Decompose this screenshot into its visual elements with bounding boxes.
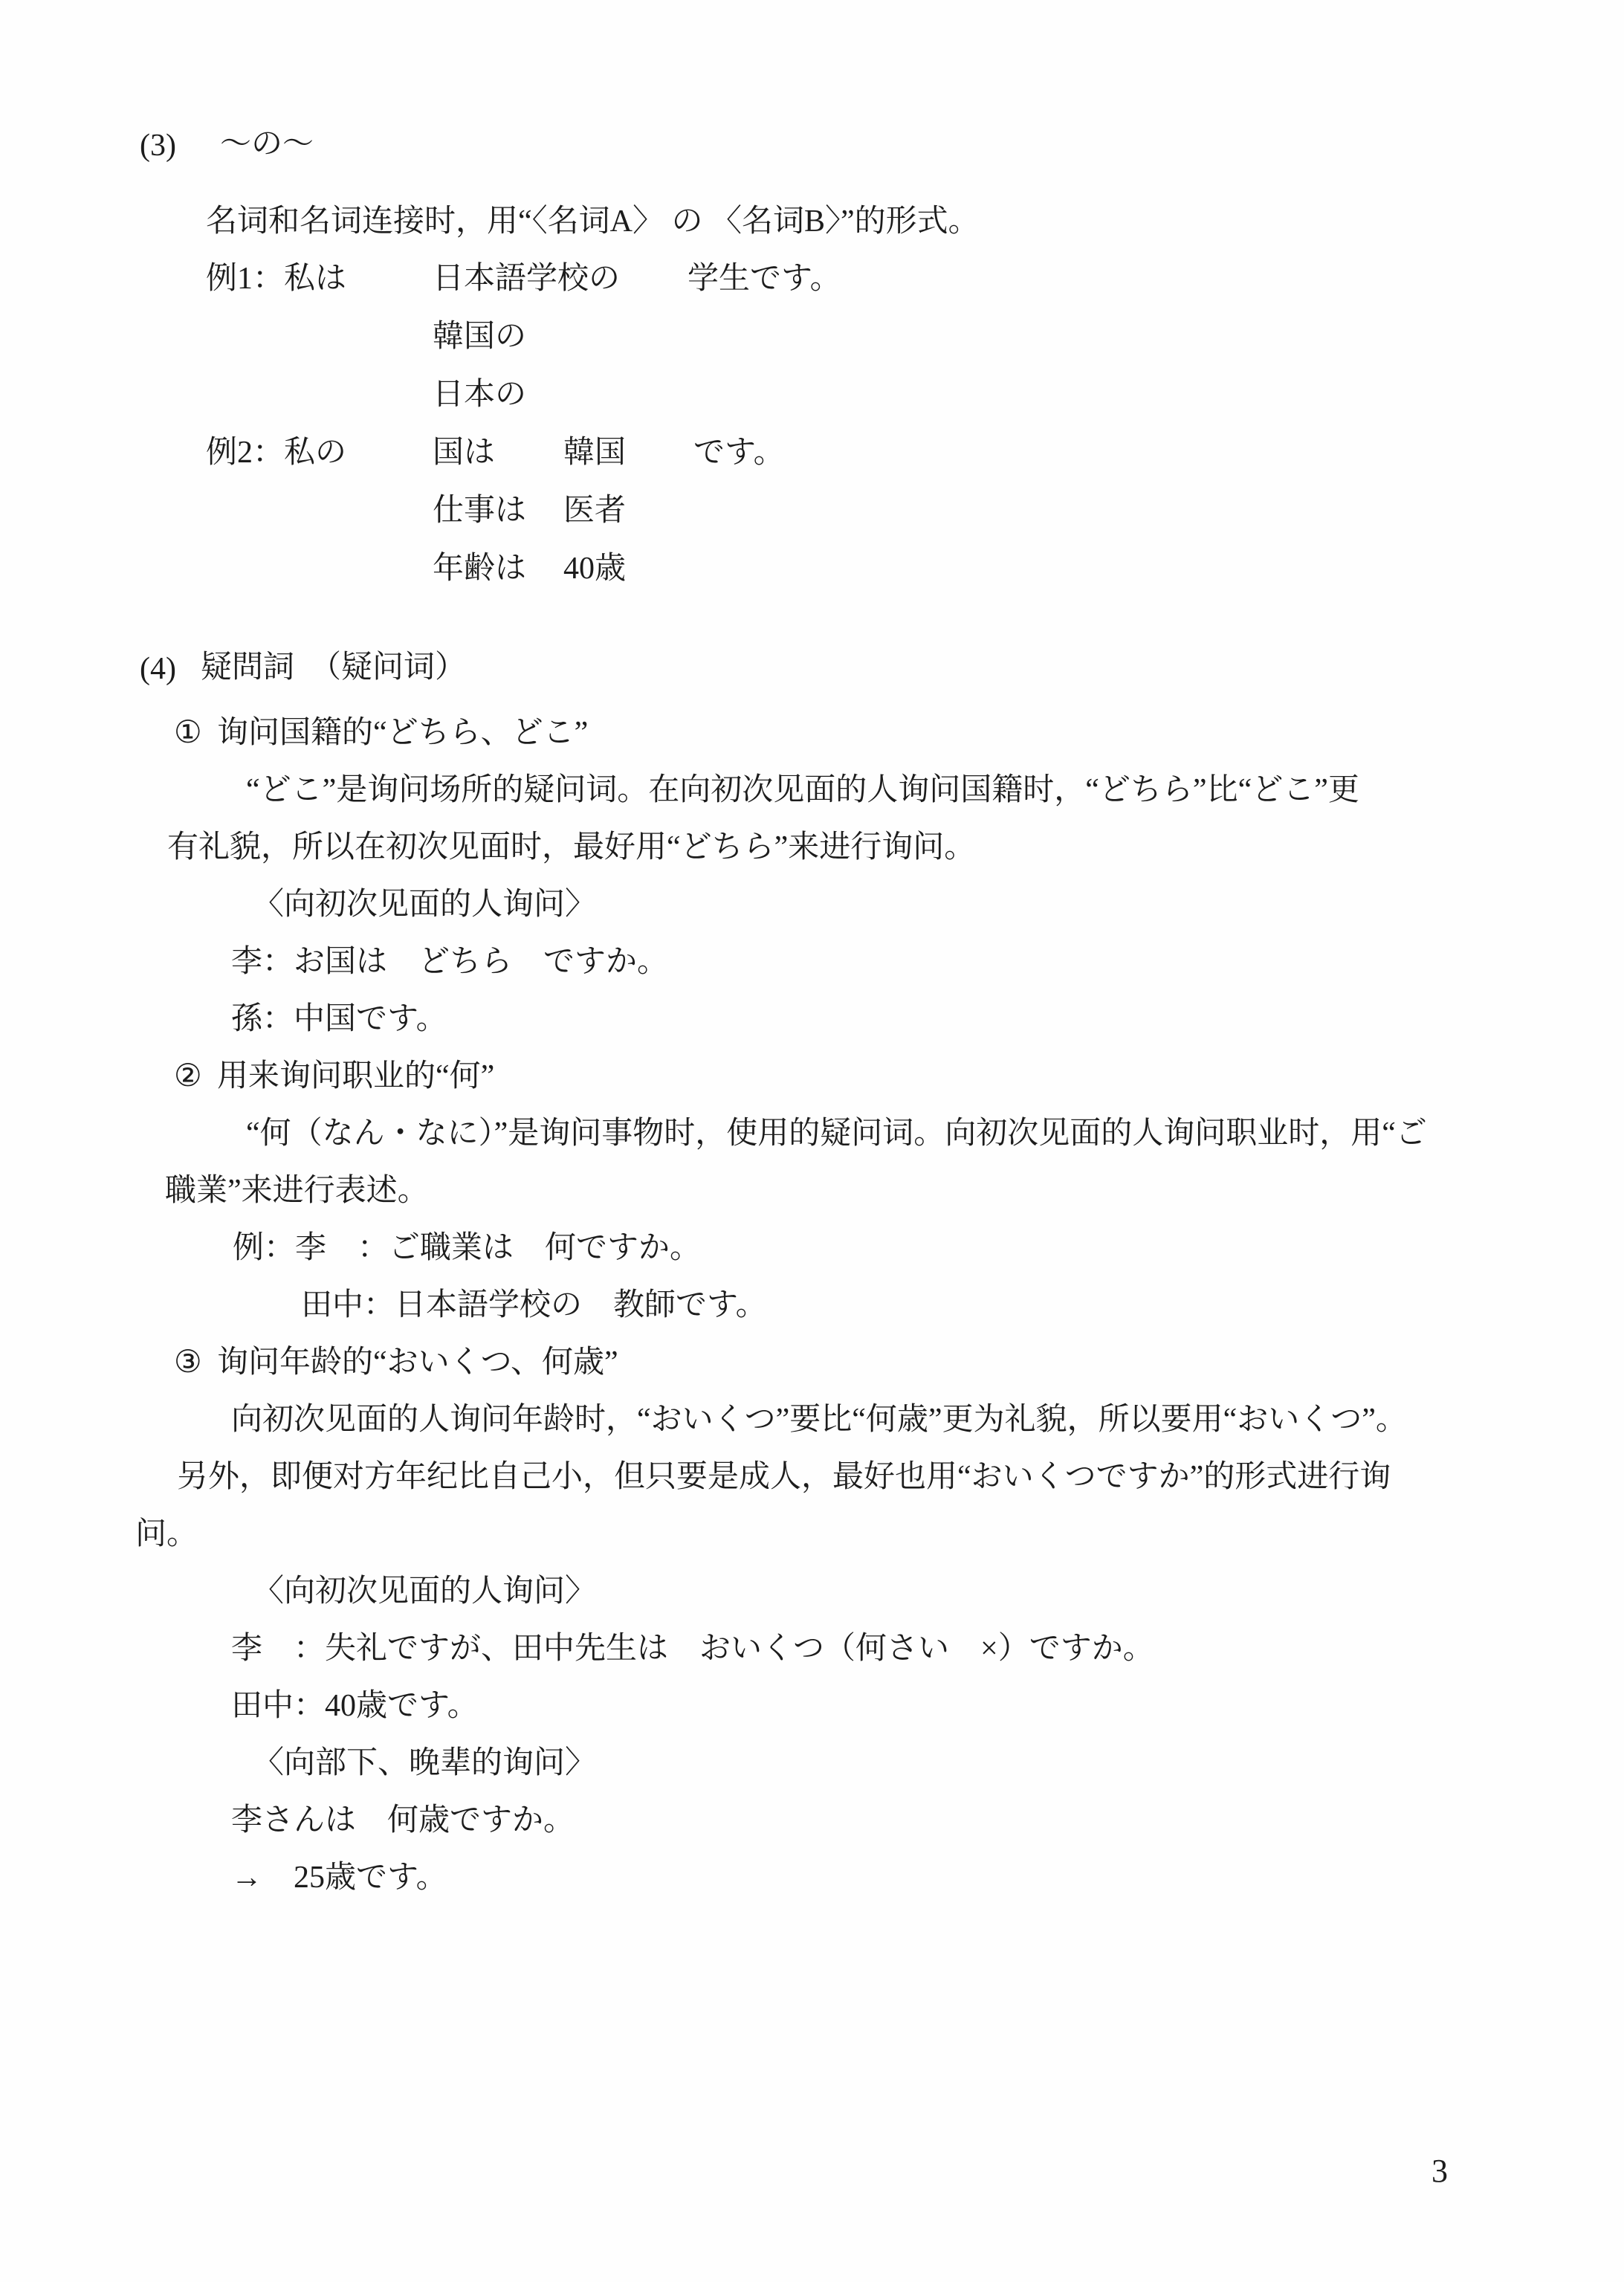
section4-number: (4) [140, 650, 176, 689]
item3-marker: ③ [174, 1343, 202, 1383]
item2-marker: ② [174, 1057, 202, 1096]
item2-title: 用来询问职业的“何” [217, 1057, 494, 1096]
item1-dialog-line1: 李：お国は どちら ですか。 [231, 943, 668, 982]
example2-col2-row1: 韓国 [563, 433, 626, 473]
item3-paragraph-line1: 向初次见面的人询问年龄时，“おいくつ”要比“何歳”更为礼貌，所以要用“おいくつ”… [231, 1400, 1407, 1440]
item2-paragraph-line2: 職業”来进行表述。 [165, 1171, 429, 1211]
item3-paragraph-line2: 另外，即便对方年纪比自己小，但只要是成人，最好也用“おいくつですか”的形式进行询 [177, 1458, 1391, 1497]
page-number: 3 [1431, 2150, 1448, 2191]
item3-title: 询问年龄的“おいくつ、何歳” [217, 1343, 618, 1383]
section3-intro: 名词和名词连接时，用“〈名词A〉 の 〈名词B〉”的形式。 [206, 202, 980, 242]
item3-dialog1-line1: 李 ：失礼ですが、田中先生は おいくつ（何さい ×）ですか。 [231, 1629, 1154, 1669]
example2-col2-row2: 医者 [563, 491, 626, 531]
item2-dialog-line2: 田中：日本語学校の 教師です。 [301, 1286, 767, 1325]
item2-dialog-line1: 例：李 ：ご職業は 何ですか。 [233, 1229, 701, 1268]
item3-subhead1: 〈向初次见面的人询问〉 [253, 1572, 596, 1612]
item3-subhead2: 〈向部下、晚辈的询问〉 [253, 1744, 596, 1783]
example1-col1-row1: 日本語学校の [433, 259, 620, 299]
example1-col1-row2: 韓国の [433, 317, 526, 357]
document-page: (3) ～の～ 名词和名词连接时，用“〈名词A〉 の 〈名词B〉”的形式。 例1… [0, 0, 1624, 2282]
example2-label: 例2：私の [206, 433, 346, 473]
item2-paragraph-line1: “何（なん・なに）”是询问事物时，使用的疑问词。向初次见面的人询问职业时，用“ご [246, 1114, 1427, 1154]
example2-tail: です。 [693, 433, 785, 473]
item3-dialog1-line2: 田中：40歳です。 [231, 1687, 479, 1726]
example1-col1-row3: 日本の [433, 375, 526, 415]
item3-paragraph-line3: 问。 [135, 1515, 198, 1554]
example2-col1-row3: 年齢は [433, 549, 526, 589]
item1-paragraph-line2: 有礼貌，所以在初次见面时，最好用“どちら”来进行询问。 [167, 828, 975, 867]
section4-title: 疑問詞 （疑问词） [201, 648, 466, 688]
item1-paragraph-line1: “どこ”是询问场所的疑问词。在向初次见面的人询问国籍时，“どちら”比“どこ”更 [246, 771, 1359, 810]
item3-dialog2-line1: 李さんは 何歳ですか。 [231, 1801, 575, 1840]
section3-title: ～の～ [220, 125, 314, 164]
section3-number: (3) [140, 126, 176, 166]
item3-dialog2-line2: → 25歳です。 [231, 1858, 447, 1898]
example2-col2-row3: 40歳 [563, 549, 626, 589]
example2-col1-row1: 国は [433, 433, 495, 473]
item1-title: 询问国籍的“どちら、どこ” [217, 714, 588, 753]
example2-col1-row2: 仕事は [433, 491, 526, 531]
item1-dialog-line2: 孫：中国です。 [231, 1000, 447, 1039]
example1-label: 例1：私は [206, 259, 346, 299]
item1-subhead: 〈向初次见面的人询问〉 [253, 885, 596, 925]
example1-tail: 学生です。 [688, 259, 841, 299]
item1-marker: ① [174, 714, 202, 753]
